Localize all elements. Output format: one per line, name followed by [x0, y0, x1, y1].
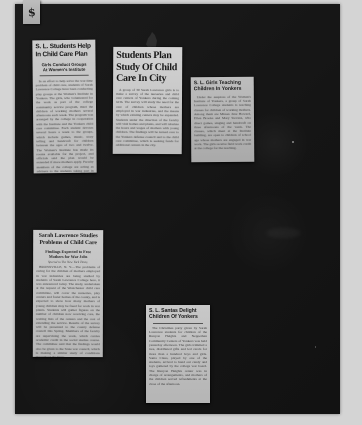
divider-rule: [40, 75, 89, 77]
clipping-subhead: Girls Conduct Groups At Women's Institut…: [36, 62, 93, 73]
dust-speck: [292, 141, 294, 143]
clipping-students-plan-study: Students Plan Study Of Child Care In Cit…: [113, 47, 183, 154]
scrapbook-photo: { "page": { "border_color": "#d4d4d4", "…: [0, 0, 362, 425]
clipping-headline: S. L. Santas Delight Children Of Yonkers: [149, 308, 207, 321]
divider-rule: [153, 323, 203, 324]
dust-speck: [315, 346, 316, 348]
clipping-headline: S. L. Girls Teaching Children In Yonkers: [194, 80, 251, 93]
clipping-headline: S. L. Students Help In Child Care Plan: [35, 43, 92, 60]
clipping-sarah-lawrence-studies: Sarah Lawrence Studies Problems of Child…: [33, 230, 103, 357]
clipping-santas-delight: S. L. Santas Delight Children Of Yonkers…: [146, 305, 210, 403]
clipping-headline: Students Plan Study Of Child Care In Cit…: [116, 50, 179, 85]
clipping-headline: Sarah Lawrence Studies Problems of Child…: [36, 233, 100, 247]
clipping-body-text: BRONXVILLE, N. Y.—The problems of caring…: [36, 265, 100, 357]
clipping-body-text: A group of 30 Sarah Lawrence girls is to…: [116, 87, 179, 147]
corner-label: $: [23, 0, 40, 24]
clipping-girls-teaching: S. L. Girls Teaching Children In Yonkers…: [191, 77, 255, 162]
page-smudge: [267, 228, 301, 238]
ink-blob: [146, 32, 157, 48]
clipping-students-help: S. L. Students Help In Child Care Plan G…: [32, 40, 96, 174]
clipping-byline: Special to The New York Times.: [36, 260, 100, 264]
clipping-body-text: Under the auspices of the Women's Instit…: [194, 95, 251, 151]
corner-mark-glyph: $: [27, 5, 36, 19]
scrapbook-page: $ S. L. Students Help In Child Care Plan…: [15, 4, 340, 414]
clipping-body-text: The Christmas party given by Sarah Lawre…: [149, 326, 207, 386]
clipping-body-text: In an effort to help solve the war-time …: [36, 79, 94, 174]
clipping-subhead: Findings Expected to Free Mothers for Wa…: [36, 249, 100, 259]
